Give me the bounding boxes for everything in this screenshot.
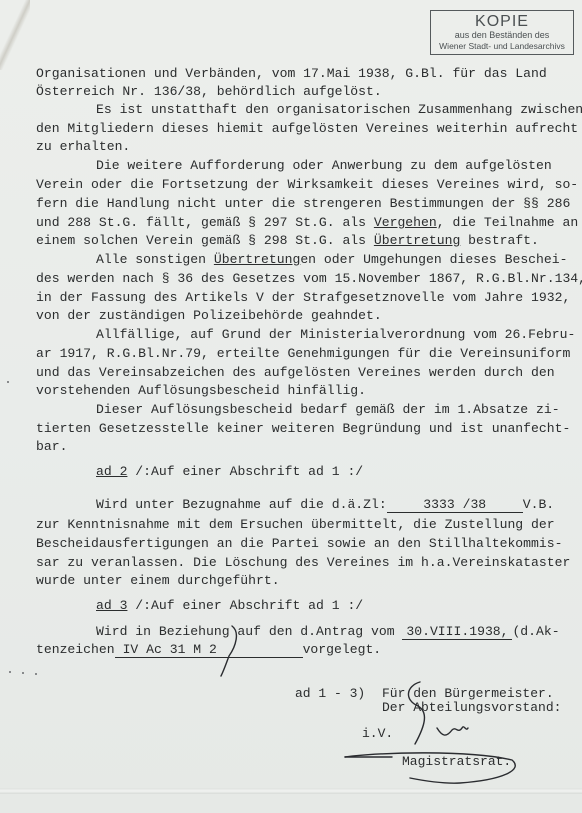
speck-icon [7,381,9,383]
signature-scrawl-icon [437,727,468,735]
speck-icon [35,673,37,675]
handwritten-signature [0,0,582,813]
document-page: KOPIE aus den Beständen des Wiener Stadt… [0,0,582,813]
speck-icon [22,672,24,674]
signature-loop-icon [408,682,424,744]
pen-stroke-icon [221,626,236,676]
speck-icon [9,671,11,673]
